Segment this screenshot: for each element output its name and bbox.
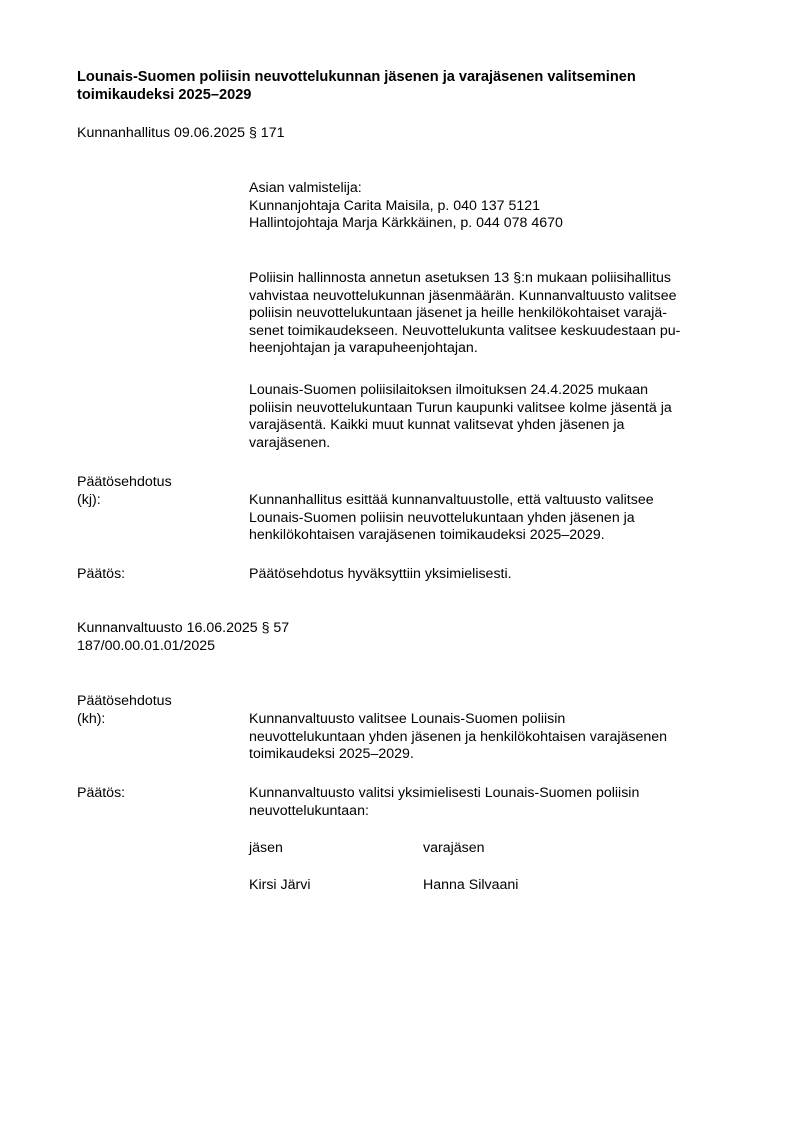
paragraph-1-line: poliisin neuvottelukuntaan jäsenet ja he… — [249, 305, 749, 323]
paragraph-1-line: vahvistaa neuvottelukunnan jäsenmäärän. … — [249, 288, 749, 306]
proposal-kh-line: Kunnanvaltuusto valitsee Lounais-Suomen … — [249, 711, 749, 729]
section2-header: Kunnanvaltuusto 16.06.2025 § 57 — [77, 620, 289, 638]
proposal-kj-line: Kunnanhallitus esittää kunnanvaltuustoll… — [249, 492, 749, 510]
proposal-kj-label-2: (kj): — [77, 492, 101, 510]
decision-1-label: Päätös: — [77, 566, 125, 584]
paragraph-2-line: poliisin neuvottelukuntaan Turun kaupunk… — [249, 400, 749, 418]
paragraph-2: Lounais-Suomen poliisilaitoksen ilmoituk… — [249, 382, 749, 452]
decision-2-line: Kunnanvaltuusto valitsi yksimielisesti L… — [249, 785, 749, 803]
paragraph-2-line: varajäsenen. — [249, 435, 749, 453]
preparer-line-2: Hallintojohtaja Marja Kärkkäinen, p. 044… — [249, 215, 749, 233]
section2-reference: 187/00.00.01.01/2025 — [77, 638, 215, 656]
preparer-block: Asian valmistelija: Kunnanjohtaja Carita… — [249, 180, 749, 233]
proposal-kj-label-1: Päätösehdotus — [77, 474, 172, 492]
paragraph-1-line: senet toimikaudekseen. Neuvottelukunta v… — [249, 323, 749, 341]
proposal-kh-label-2: (kh): — [77, 711, 105, 729]
title-line-1: Lounais-Suomen poliisin neuvottelukunnan… — [77, 68, 757, 86]
section1-header: Kunnanhallitus 09.06.2025 § 171 — [77, 125, 284, 143]
decision-2-label: Päätös: — [77, 785, 125, 803]
paragraph-1-line: Poliisin hallinnosta annetun asetuksen 1… — [249, 270, 749, 288]
paragraph-1: Poliisin hallinnosta annetun asetuksen 1… — [249, 270, 749, 358]
elected-deputy-name: Hanna Silvaani — [423, 877, 518, 895]
paragraph-1-line: heenjohtajan ja varapuheenjohtajan. — [249, 340, 749, 358]
proposal-kh-text: Kunnanvaltuusto valitsee Lounais-Suomen … — [249, 711, 749, 764]
preparer-label: Asian valmistelija: — [249, 180, 749, 198]
proposal-kh-line: neuvottelukuntaan yhden jäsenen ja henki… — [249, 729, 749, 747]
decision-2-text: Kunnanvaltuusto valitsi yksimielisesti L… — [249, 785, 749, 820]
elected-header-member: jäsen — [249, 840, 749, 858]
proposal-kj-text: Kunnanhallitus esittää kunnanvaltuustoll… — [249, 492, 749, 545]
paragraph-2-line: Lounais-Suomen poliisilaitoksen ilmoituk… — [249, 382, 749, 400]
paragraph-2-line: varajäsentä. Kaikki muut kunnat valitsev… — [249, 417, 749, 435]
decision-1-text: Päätösehdotus hyväksyttiin yksimielisest… — [249, 566, 749, 584]
preparer-line-1: Kunnanjohtaja Carita Maisila, p. 040 137… — [249, 198, 749, 216]
decision-2-line: neuvottelukuntaan: — [249, 803, 749, 821]
proposal-kh-line: toimikaudeksi 2025–2029. — [249, 746, 749, 764]
proposal-kj-line: Lounais-Suomen poliisin neuvottelukuntaa… — [249, 510, 749, 528]
elected-header-deputy: varajäsen — [423, 840, 485, 858]
document-title: Lounais-Suomen poliisin neuvottelukunnan… — [77, 68, 757, 104]
proposal-kj-line: henkilökohtaisen varajäsenen toimikaudek… — [249, 527, 749, 545]
title-line-2: toimikaudeksi 2025–2029 — [77, 86, 757, 104]
proposal-kh-label-1: Päätösehdotus — [77, 693, 172, 711]
